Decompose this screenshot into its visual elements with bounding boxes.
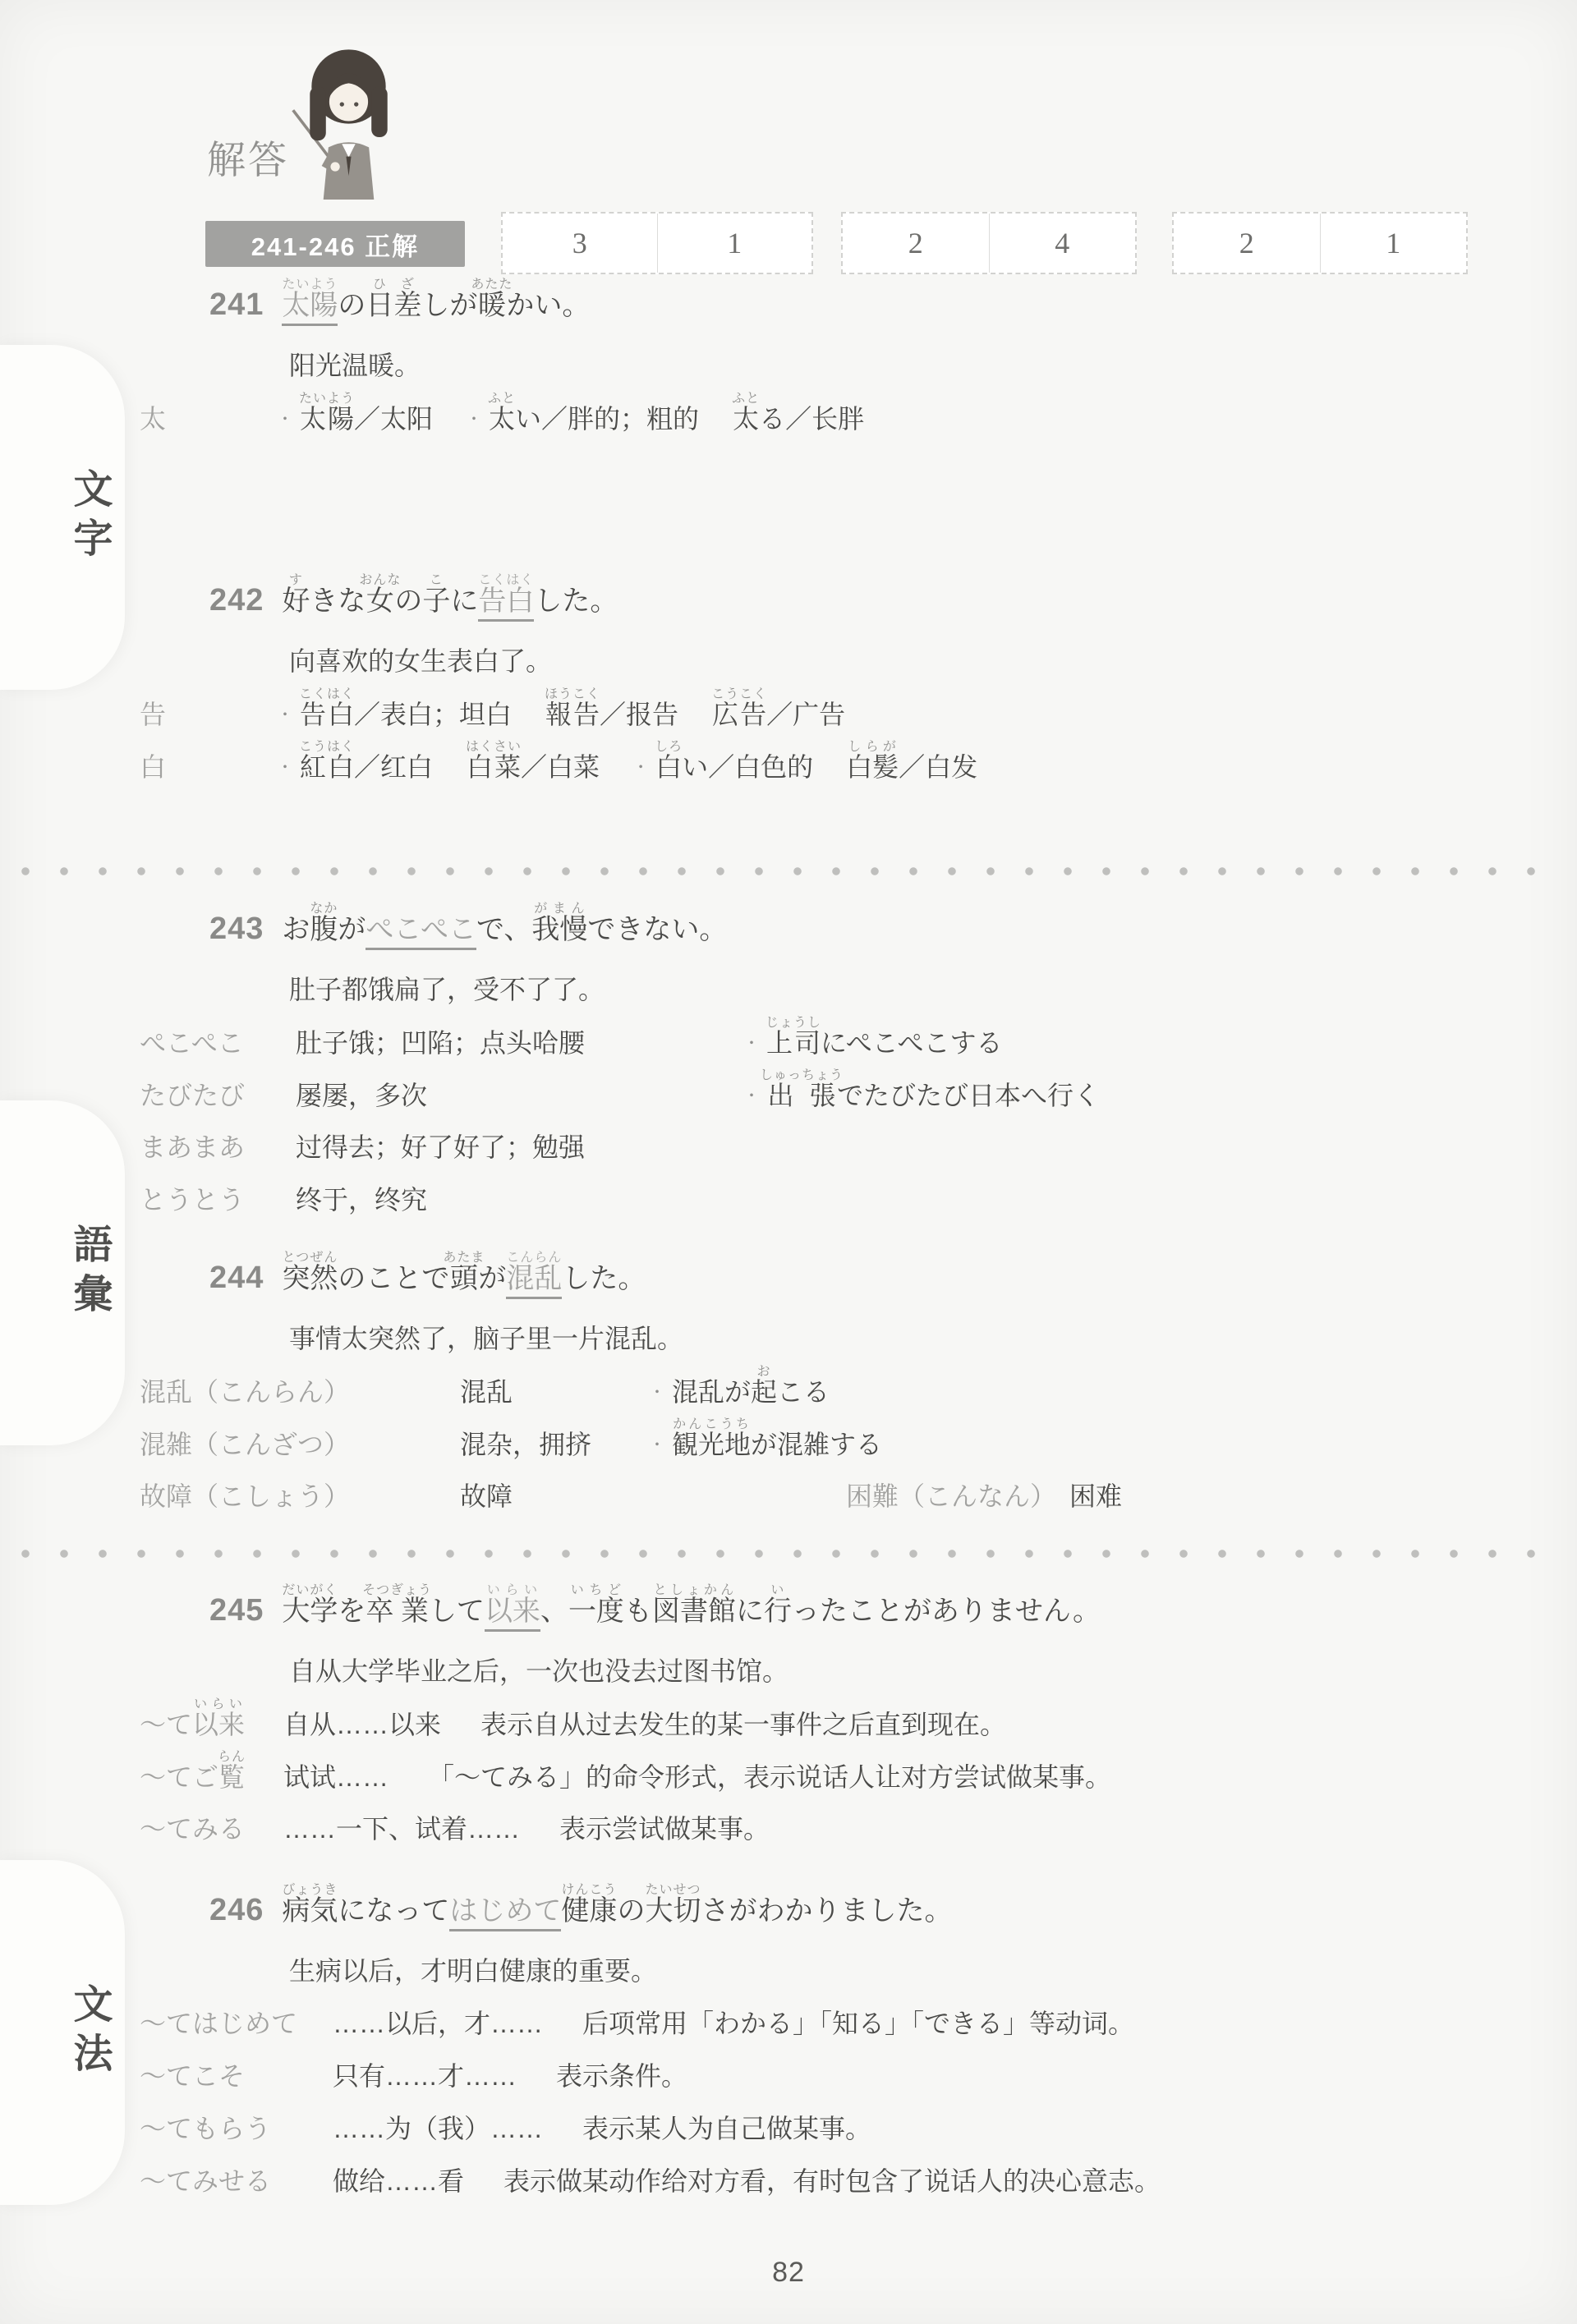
text-segment: 肚子饿；凹陷；点头哈腰 — [296, 1028, 585, 1058]
text-segment: が — [478, 1263, 506, 1294]
answer-group: 24 — [841, 212, 1137, 274]
text-segment: が — [338, 914, 366, 945]
text-segment: の — [338, 290, 366, 321]
text-segment: 困难 — [1043, 1481, 1122, 1511]
ruby-text: 太ふと — [489, 404, 515, 434]
vocab-rows: 太・太陽たいよう／太阳・太ふとい／胖的；粗的太ふとる／长胖 — [0, 392, 1577, 444]
text-segment: ～てみせる — [140, 2166, 271, 2196]
question-block-241: 241太陽たいようの日ひ差ざしが暖あたたかい。阳光温暖。太・太陽たいよう／太阳・… — [0, 275, 1577, 444]
text-segment: 困難（こんなん） — [846, 1481, 1043, 1511]
vocab-row: たびたび屡屡，多次・出張しゅっちょうでたびたび日本へ行く — [0, 1068, 1577, 1121]
text-segment: ・ — [743, 1035, 760, 1053]
vocab-term: 混雑（こんざつ） — [140, 1418, 460, 1471]
text-segment: した。 — [534, 586, 618, 617]
text-segment: 表示尝试做某事。 — [559, 1814, 770, 1844]
answer-range-badge: 241-246 正解 — [205, 221, 465, 267]
ruby-text: 告白こくはく — [300, 700, 354, 729]
text-segment: ぺこぺこ — [366, 914, 476, 950]
vocab-item: ・太陽たいよう／太阳 — [277, 392, 433, 446]
text-segment: さがわかりました。 — [701, 1895, 952, 1927]
vocab-term: たびたび — [140, 1069, 296, 1122]
question-sentence: 243お腹なかがぺこぺこで、我慢がまんできない。 — [209, 899, 1577, 958]
vocab-term: 混乱（こんらん） — [140, 1366, 460, 1418]
text-segment: に — [450, 586, 478, 617]
text-segment: はじめて — [449, 1895, 561, 1931]
ruby-text: 報告ほうこく — [545, 700, 600, 729]
ruby-text: 暖あたた — [477, 290, 506, 321]
vocab-row: ぺこぺこ肚子饿；凹陷；点头哈腰・上司じょうしにぺこぺこする — [0, 1016, 1577, 1068]
answer-bar: 241-246 正解 31 24 21 — [0, 212, 1577, 279]
text-segment: も — [624, 1596, 652, 1627]
vocab-def: 肚子饿；凹陷；点头哈腰 — [296, 1017, 743, 1069]
text-segment: 太 — [140, 404, 166, 434]
vocab-def: 试试…… — [283, 1751, 389, 1803]
vocab-term: ～てご覧らん — [140, 1750, 283, 1803]
question-sentence: 242好すきな女おんなの子こに告白こくはくした。 — [209, 571, 1577, 630]
text-segment: 混乱が — [672, 1377, 751, 1407]
ruby-text: 差ざ — [393, 290, 421, 321]
vocab-row: 告・告白こくはく／表白；坦白報告ほうこく／报告広告こうこく／广告 — [0, 687, 1577, 740]
ruby-text: 好す — [282, 586, 310, 617]
vocab-def: 只有……才…… — [333, 2050, 517, 2102]
vocab-lead: 白 — [140, 741, 277, 793]
text-segment: ／红白 — [354, 752, 433, 782]
question-sentence: 241太陽たいようの日ひ差ざしが暖あたたかい。 — [209, 275, 1577, 334]
question-number: 246 — [209, 1893, 264, 1927]
vocab-row: ～てみる……一下、试着……表示尝试做某事。 — [0, 1803, 1577, 1855]
vocab-rows: ぺこぺこ肚子饿；凹陷；点头哈腰・上司じょうしにぺこぺこするたびたび屡屡，多次・出… — [0, 1016, 1577, 1226]
text-segment: ……一下、试着…… — [283, 1814, 520, 1844]
translation-cn: 生病以后，才明白健康的重要。 — [289, 1953, 1577, 1989]
vocab-term: ～て以来いらい — [140, 1697, 283, 1751]
ruby-text: 広告こうこく — [711, 700, 766, 729]
text-segment: 混雑（こんざつ） — [140, 1430, 350, 1459]
text-segment: 故障 — [460, 1481, 513, 1511]
ruby-text: 大学だいがく — [282, 1596, 338, 1627]
vocab-term: 故障（こしょう） — [140, 1470, 460, 1523]
ruby-text: 卒業そつぎょう — [366, 1596, 429, 1627]
vocab-row: ～てもらう……为（我）……表示某人为自己做某事。 — [0, 2102, 1577, 2155]
ruby-text: 太陽たいよう — [300, 404, 354, 434]
vocab-item: ・白しろい／白色的 — [632, 740, 813, 794]
text-segment: 表示做某动作给对方看，有时包含了说话人的决心意志。 — [503, 2166, 1161, 2196]
question-sentence: 245大学だいがくを卒業そつぎょうして以来いらい、一度いちども図書館としょかんに… — [209, 1581, 1577, 1640]
question-number: 245 — [209, 1593, 264, 1628]
text-segment: して — [429, 1596, 485, 1627]
vocab-row: 白・紅白こうはく／红白白菜はくさい／白菜・白しろい／白色的白髪しらが／白发 — [0, 740, 1577, 792]
vocab-row: とうとう终于，终究 — [0, 1173, 1577, 1226]
vocab-expl: 「～てみる」的命令形式，表示说话人让对方尝试做某事。 — [428, 1751, 1111, 1803]
vocab-def: ……为（我）…… — [333, 2102, 543, 2155]
text-segment: ～てもらう — [140, 2114, 271, 2143]
answer-value: 2 — [1174, 214, 1320, 273]
vocab-item: 白髪しらが／白发 — [846, 740, 977, 793]
text-segment: ・ — [277, 411, 293, 429]
text-segment: 表示自从过去发生的某一事件之后直到现在。 — [480, 1710, 1006, 1739]
question-number: 241 — [209, 287, 264, 322]
vocab-expl: 表示自从过去发生的某一事件之后直到现在。 — [480, 1698, 1006, 1751]
text-segment: し — [421, 290, 449, 321]
ruby-text: 腹なか — [310, 914, 338, 945]
text-segment: のことで — [338, 1263, 449, 1294]
vocab-row: ～てご覧らん试试……「～てみる」的命令形式，表示说话人让对方尝试做某事。 — [0, 1750, 1577, 1803]
vocab-example: ・観光地かんこうちが混雑する — [649, 1417, 882, 1472]
vocab-def: 自从……以来 — [283, 1698, 441, 1751]
page-number: 82 — [772, 2257, 805, 2288]
vocab-row: 太・太陽たいよう／太阳・太ふとい／胖的；粗的太ふとる／长胖 — [0, 392, 1577, 444]
vocab-rows: 混乱（こんらん）混乱・混乱が起おこる混雑（こんざつ）混杂，拥挤・観光地かんこうち… — [0, 1365, 1577, 1523]
vocab-item: ・紅白こうはく／红白 — [277, 740, 433, 794]
vocab-def: ……以后，才…… — [333, 1997, 543, 2050]
vocab-term: ～てみる — [140, 1803, 283, 1855]
translation-cn: 阳光温暖。 — [289, 347, 1577, 384]
text-segment: ／广告 — [766, 700, 845, 729]
text-segment: が混雑する — [751, 1430, 882, 1459]
vocab-row: ～てはじめて……以后，才……后项常用「わかる」「知る」「できる」等动词。 — [0, 1997, 1577, 2050]
text-segment: した。 — [562, 1263, 646, 1294]
vocab-term: ～てはじめて — [140, 1997, 333, 2050]
ruby-text: 行い — [764, 1596, 792, 1627]
text-segment: の — [394, 586, 422, 617]
vocab-expl: 表示尝试做某事。 — [559, 1803, 770, 1855]
text-segment: ぺこぺこ — [140, 1028, 244, 1058]
question-number: 244 — [209, 1261, 264, 1295]
vocab-push: 困難（こんなん） 困难 — [846, 1470, 1122, 1523]
text-segment: かい。 — [506, 290, 590, 321]
text-segment: ・ — [649, 1436, 665, 1454]
vocab-term: とうとう — [140, 1173, 296, 1226]
text-segment: 屡屡，多次 — [296, 1081, 427, 1110]
dotted-divider — [21, 1549, 1556, 1559]
text-segment: 表示条件。 — [556, 2061, 687, 2091]
vocab-rows: 告・告白こくはく／表白；坦白報告ほうこく／报告広告こうこく／广告白・紅白こうはく… — [0, 687, 1577, 792]
vocab-example: ・混乱が起おこる — [649, 1365, 830, 1419]
text-segment: ／太阳 — [354, 404, 433, 434]
vocab-term: まあまあ — [140, 1121, 296, 1173]
answer-group: 21 — [1172, 212, 1468, 274]
answer-value: 3 — [503, 214, 657, 273]
vocab-def: ……一下、试着…… — [283, 1803, 520, 1855]
ruby-text: 大切たいせつ — [645, 1895, 701, 1927]
text-segment: にぺこぺこする — [821, 1028, 1002, 1058]
question-sentence: 246病気びょうきになってはじめて健康けんこうの大切たいせつさがわかりました。 — [209, 1881, 1577, 1940]
text-segment: ／表白；坦白 — [354, 700, 512, 729]
ruby-text: 病気びょうき — [282, 1895, 338, 1927]
text-segment: 做给……看 — [333, 2166, 464, 2196]
text-segment: の — [617, 1895, 645, 1927]
text-segment: ～てみる — [140, 1814, 245, 1844]
answer-value: 1 — [1320, 214, 1467, 273]
vocab-def: 过得去；好了好了；勉强 — [296, 1121, 743, 1173]
text-segment: ～て — [140, 1710, 192, 1739]
text-segment: 试试…… — [283, 1762, 389, 1792]
text-segment: ／白菜 — [521, 752, 600, 782]
text-segment: 表示某人为自己做某事。 — [582, 2114, 871, 2143]
text-segment: ／白发 — [899, 752, 977, 782]
vocab-expl: 后项常用「わかる」「知る」「できる」等动词。 — [582, 1997, 1134, 2050]
text-segment: 自从……以来 — [283, 1710, 441, 1739]
question-block-243: 243お腹なかがぺこぺこで、我慢がまんできない。肚子都饿扁了，受不了了。ぺこぺこ… — [0, 899, 1577, 1226]
ruby-text: 以来いらい — [485, 1596, 540, 1632]
translation-cn: 向喜欢的女生表白了。 — [289, 643, 1577, 679]
vocab-item: 白菜はくさい／白菜 — [466, 740, 600, 793]
vocab-term: ぺこぺこ — [140, 1017, 296, 1069]
ruby-text: 紅白こうはく — [300, 752, 354, 782]
vocab-rows: ～て以来いらい自从……以来表示自从过去发生的某一事件之后直到现在。～てご覧らん试… — [0, 1697, 1577, 1855]
text-segment: ・ — [466, 411, 482, 429]
vocab-row: ～て以来いらい自从……以来表示自从过去发生的某一事件之后直到现在。 — [0, 1697, 1577, 1750]
vocab-item: 広告こうこく／广告 — [711, 687, 845, 741]
text-segment: きな — [310, 586, 366, 617]
question-block-245: 245大学だいがくを卒業そつぎょうして以来いらい、一度いちども図書館としょかんに… — [0, 1581, 1577, 1855]
text-segment: お — [282, 914, 310, 945]
text-segment: になって — [338, 1895, 449, 1927]
vocab-item: ・太ふとい／胖的；粗的 — [466, 392, 699, 446]
text-segment: ・ — [649, 1384, 665, 1402]
question-block-242: 242好すきな女おんなの子こに告白こくはくした。向喜欢的女生表白了。告・告白こく… — [0, 571, 1577, 792]
answer-value: 1 — [657, 214, 812, 273]
text-segment: ・ — [277, 706, 293, 724]
ruby-text: 観光地かんこうち — [672, 1430, 751, 1459]
vocab-lead: 告 — [140, 688, 277, 741]
text-segment: 混乱（こんらん） — [140, 1377, 350, 1407]
answer-group: 31 — [501, 212, 813, 274]
page-footer: 82 — [0, 2257, 1577, 2289]
ruby-text: 子こ — [422, 586, 450, 617]
text-segment: 、 — [540, 1596, 568, 1627]
text-segment: 「～てみる」的命令形式，表示说话人让对方尝试做某事。 — [428, 1762, 1111, 1792]
text-segment: ……以后，才…… — [333, 2009, 543, 2038]
textbook-answer-page: 文字 語彙 文法 解答 241-246 正解 31 24 21 — [0, 0, 1577, 2324]
question-number: 242 — [209, 583, 264, 618]
text-segment: 过得去；好了好了；勉强 — [296, 1132, 585, 1162]
text-segment: 故障（こしょう） — [140, 1481, 350, 1511]
text-segment: い／白色的 — [682, 752, 813, 782]
vocab-def: 故障 — [460, 1470, 649, 1523]
vocab-term: ～てみせる — [140, 2155, 333, 2207]
text-segment: に — [736, 1596, 764, 1627]
ruby-text: 一度いちど — [568, 1596, 624, 1627]
ruby-text: 図書館としょかん — [652, 1596, 736, 1627]
ruby-text: 白菜はくさい — [466, 752, 521, 782]
text-segment: ……为（我）…… — [333, 2114, 543, 2143]
sidebar-tab-label: 文字 — [61, 468, 117, 567]
question-sentence: 244突然とつぜんのことで頭あたまが混乱こんらんした。 — [209, 1248, 1577, 1307]
ruby-text: 日ひ — [366, 290, 393, 321]
vocab-item: 太ふとる／长胖 — [732, 392, 864, 445]
ruby-text: 上司じょうし — [766, 1028, 821, 1058]
ruby-text: 混乱こんらん — [506, 1263, 562, 1299]
vocab-item: ・告白こくはく／表白；坦白 — [277, 687, 512, 742]
vocab-def: 屡屡，多次 — [296, 1069, 743, 1122]
text-segment: ～てこそ — [140, 2061, 245, 2091]
question-block-246: 246病気びょうきになってはじめて健康けんこうの大切たいせつさがわかりました。生… — [0, 1881, 1577, 2207]
vocab-expl: 表示某人为自己做某事。 — [582, 2102, 871, 2155]
vocab-row: ～てみせる做给……看表示做某动作给对方看，有时包含了说话人的决心意志。 — [0, 2155, 1577, 2207]
text-segment: ったことがありません。 — [792, 1596, 1101, 1627]
text-segment: で、 — [476, 914, 531, 945]
text-segment: まあまあ — [140, 1132, 245, 1162]
ruby-text: 太ふと — [732, 404, 759, 434]
ruby-text: 以来いらい — [192, 1710, 245, 1739]
text-segment: 混乱 — [460, 1377, 513, 1407]
vocab-row: 混乱（こんらん）混乱・混乱が起おこる — [0, 1365, 1577, 1417]
ruby-text: 頭あたま — [449, 1263, 478, 1294]
vocab-row: ～てこそ只有……才……表示条件。 — [0, 2050, 1577, 2102]
vocab-def: 做给……看 — [333, 2155, 464, 2207]
ruby-text: 起お — [751, 1377, 777, 1407]
text-segment: こる — [777, 1377, 830, 1407]
ruby-text: 突然とつぜん — [282, 1263, 338, 1294]
teacher-girl-icon — [281, 39, 416, 200]
ruby-text: 白しろ — [655, 752, 682, 782]
vocab-expl: 表示条件。 — [556, 2050, 687, 2102]
vocab-row: まあまあ过得去；好了好了；勉强 — [0, 1121, 1577, 1173]
ruby-text: 太陽たいよう — [282, 290, 338, 326]
translation-cn: 自从大学毕业之后，一次也没去过图书馆。 — [289, 1653, 1577, 1689]
question-number: 243 — [209, 912, 264, 946]
text-segment: 混杂，拥挤 — [460, 1430, 591, 1459]
ruby-text: 白髪しらが — [846, 752, 899, 782]
vocab-def: 混杂，拥挤 — [460, 1418, 649, 1471]
ruby-text: 出張しゅっちょう — [766, 1081, 837, 1110]
text-segment: とうとう — [140, 1185, 245, 1215]
vocab-def: 终于，终究 — [296, 1173, 743, 1226]
translation-cn: 事情太突然了，脑子里一片混乱。 — [289, 1320, 1577, 1357]
page-section-title: 解答 — [207, 130, 289, 185]
text-segment: ／报告 — [600, 700, 678, 729]
text-segment: る／长胖 — [759, 404, 864, 434]
ruby-text: 健康けんこう — [561, 1895, 617, 1927]
ruby-text: 告白こくはく — [478, 586, 534, 622]
vocab-example: ・出張しゅっちょうでたびたび日本へ行く — [743, 1068, 1100, 1123]
text-segment: い／胖的；粗的 — [515, 404, 699, 434]
ruby-text: 女おんな — [366, 586, 394, 617]
teacher-girl-illustration — [281, 39, 416, 200]
text-segment: ～てはじめて — [140, 2009, 297, 2038]
text-segment: 终于，终究 — [296, 1185, 427, 1215]
answer-value: 2 — [843, 214, 989, 273]
text-segment: 白 — [140, 752, 166, 782]
vocab-rows: ～てはじめて……以后，才……后项常用「わかる」「知る」「できる」等动词。～てこそ… — [0, 1997, 1577, 2207]
translation-cn: 肚子都饿扁了，受不了了。 — [289, 971, 1577, 1008]
vocab-row: 故障（こしょう）故障困難（こんなん） 困难 — [0, 1470, 1577, 1523]
text-segment: ・ — [743, 1087, 760, 1105]
answer-value: 4 — [989, 214, 1136, 273]
vocab-term: ～てもらう — [140, 2102, 333, 2155]
vocab-row: 混雑（こんざつ）混杂，拥挤・観光地かんこうちが混雑する — [0, 1417, 1577, 1470]
vocab-term: ～てこそ — [140, 2050, 333, 2102]
text-segment: 告 — [140, 700, 166, 729]
text-segment: ・ — [277, 759, 293, 777]
text-segment: 后项常用「わかる」「知る」「できる」等动词。 — [582, 2009, 1134, 2038]
vocab-lead: 太 — [140, 393, 277, 445]
dotted-divider — [21, 866, 1556, 876]
vocab-item: 報告ほうこく／报告 — [545, 687, 678, 741]
text-segment: できない。 — [587, 914, 727, 945]
ruby-text: 覧らん — [218, 1762, 246, 1792]
text-segment: ～てご — [140, 1762, 218, 1792]
ruby-text: 我慢がまん — [531, 914, 587, 945]
vocab-def: 混乱 — [460, 1366, 649, 1418]
question-block-244: 244突然とつぜんのことで頭あたまが混乱こんらんした。事情太突然了，脑子里一片混… — [0, 1248, 1577, 1523]
vocab-expl: 表示做某动作给对方看，有时包含了说话人的决心意志。 — [503, 2155, 1161, 2207]
text-segment: ・ — [632, 759, 649, 777]
text-segment: 只有……才…… — [333, 2061, 517, 2091]
text-segment: たびたび — [140, 1081, 245, 1110]
vocab-example: ・上司じょうしにぺこぺこする — [743, 1016, 1002, 1070]
text-segment: でたびたび日本へ行く — [837, 1081, 1100, 1110]
